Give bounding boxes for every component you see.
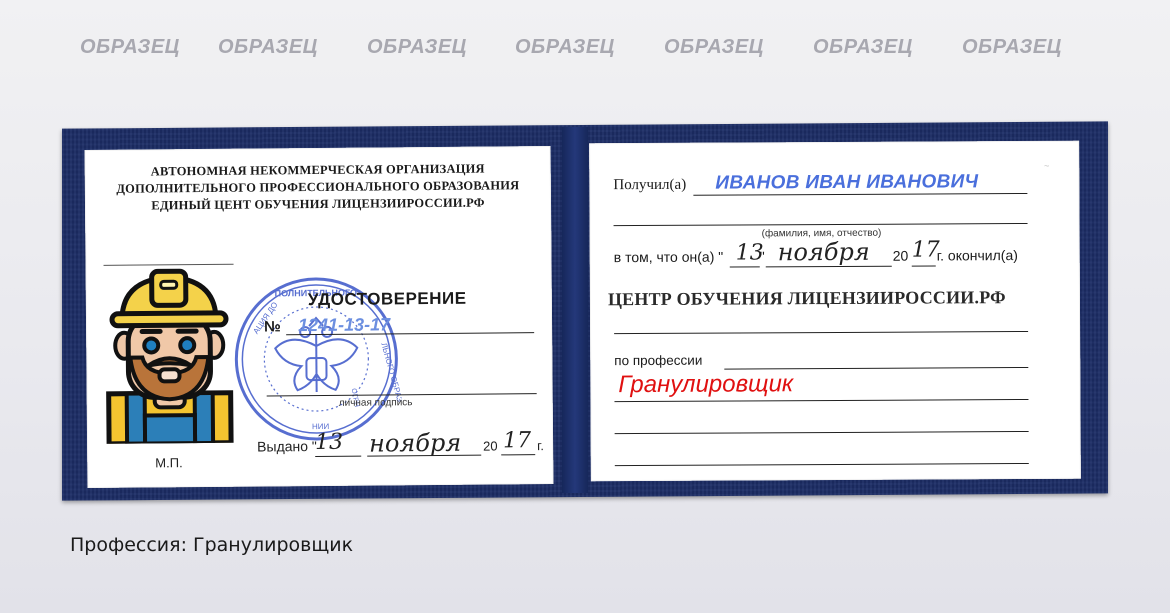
completion-label: в том, что он(а) " bbox=[614, 249, 724, 266]
profession-line bbox=[724, 367, 1028, 370]
issued-day: 13 bbox=[315, 430, 343, 455]
training-center-name: ЦЕНТР ОБУЧЕНИЯ ЛИЦЕНЗИИРОССИИ.РФ bbox=[608, 287, 1006, 310]
watermark-text: ОБРАЗЕЦ bbox=[367, 36, 467, 59]
completion-year-prefix: 20 bbox=[893, 248, 909, 264]
watermark-text: ОБРАЗЕЦ bbox=[80, 36, 180, 59]
watermark-text: ОБРАЗЕЦ bbox=[515, 36, 615, 59]
organization-header: АВТОНОМНАЯ НЕКОММЕРЧЕСКАЯ ОРГАНИЗАЦИЯ ДО… bbox=[95, 160, 541, 215]
org-name-line bbox=[614, 331, 1028, 334]
certificate-left-page: АВТОНОМНАЯ НЕКОММЕРЧЕСКАЯ ОРГАНИЗАЦИЯ ДО… bbox=[85, 146, 554, 488]
profession-caption: Профессия: Гранулировщик bbox=[70, 534, 353, 556]
issued-label: Выдано " bbox=[257, 438, 317, 455]
issued-month: ноября bbox=[369, 429, 461, 458]
watermark-text: ОБРАЗЕЦ bbox=[218, 36, 318, 59]
signature-label: личная подпись bbox=[339, 397, 413, 409]
watermark-text: ОБРАЗЕЦ bbox=[813, 36, 913, 59]
profession-value: Гранулировщик bbox=[618, 370, 793, 399]
certificate-spine bbox=[562, 127, 588, 493]
profession-line-2 bbox=[614, 399, 1028, 402]
received-label: Получил(а) bbox=[613, 177, 686, 194]
issued-year-line bbox=[501, 454, 535, 455]
watermark-row: ОБРАЗЕЦ ОБРАЗЕЦ ОБРАЗЕЦ ОБРАЗЕЦ ОБРАЗЕЦ … bbox=[0, 36, 1170, 66]
completion-suffix: г. окончил(а) bbox=[937, 247, 1018, 263]
recipient-name-line-2 bbox=[614, 223, 1028, 226]
completion-year-line bbox=[912, 265, 936, 266]
completion-month-line bbox=[766, 266, 892, 268]
watermark-text: ОБРАЗЕЦ bbox=[962, 36, 1062, 59]
watermark-text: ОБРАЗЕЦ bbox=[664, 36, 764, 59]
profession-label: по профессии bbox=[614, 353, 702, 368]
certificate-number-label: № bbox=[264, 318, 281, 335]
completion-month: ноября bbox=[778, 238, 870, 266]
issued-year-prefix: 20 bbox=[483, 438, 498, 453]
corner-mark: ~ bbox=[1044, 161, 1049, 171]
blank-line bbox=[615, 463, 1029, 466]
stamp-place-label: М.П. bbox=[155, 455, 183, 470]
certificate-title: УДОСТОВЕРЕНИЕ bbox=[308, 289, 467, 310]
issued-day-line bbox=[315, 456, 361, 457]
recipient-name: ИВАНОВ ИВАН ИВАНОВИЧ bbox=[715, 171, 978, 194]
blank-line bbox=[615, 431, 1029, 434]
issued-year-suffix: 17 bbox=[503, 428, 531, 453]
org-header-line: ЕДИНЫЙ ЦЕНТ ОБУЧЕНИЯ ЛИЦЕНЗИИРОССИИ.РФ bbox=[95, 194, 541, 215]
completion-day-line bbox=[730, 266, 760, 267]
worker-helmet-avatar-icon bbox=[104, 264, 236, 444]
certificate-right-page: ~ Получил(а) ИВАНОВ ИВАН ИВАНОВИЧ (фамил… bbox=[589, 141, 1081, 482]
issued-year-unit: г. bbox=[537, 438, 544, 453]
completion-quote: " bbox=[760, 248, 765, 264]
completion-year-suffix: 17 bbox=[912, 237, 940, 262]
